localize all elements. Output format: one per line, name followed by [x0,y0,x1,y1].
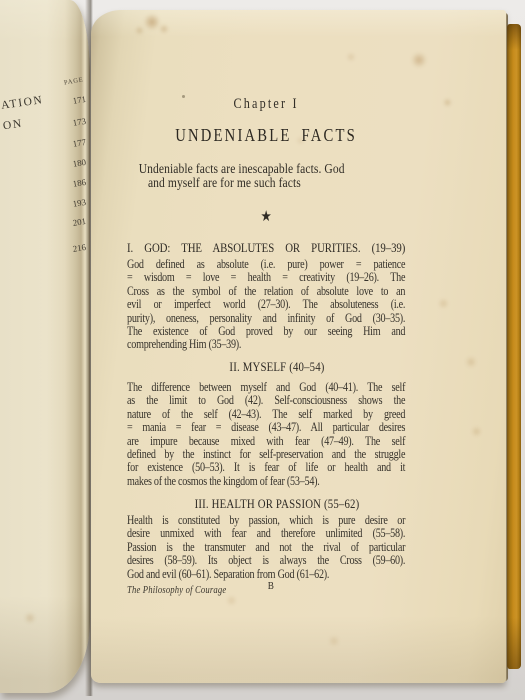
page-text-column: Chapter I UNDENIABLE FACTS Undeniable fa… [127,10,405,683]
section-body-line: Cross as the symbol of the relation of a… [127,285,405,298]
section-body-line: = wisdom = love = health = creativity (1… [127,271,405,284]
toc-page-number: 171 [57,94,86,108]
foxing-spot [471,426,482,437]
toc-page-number: 193 [57,197,86,211]
epigraph-line: and myself are for me such facts [139,176,399,190]
toc-entry-fragment: ATION [0,94,44,112]
book-photo: ATION ON PAGE 171 173 177 180 186 193 20… [0,0,525,700]
toc-page-number: 216 [57,242,86,256]
foxing-spot [411,52,427,68]
section-body-line: purity), oneness, personality and infini… [127,312,405,325]
section-body-line: nature of the self (42–43). The self mar… [127,408,405,421]
section-body-line: God defined as absolute (i.e. pure) powe… [127,258,405,271]
section-body-line: defined by the instinct for self-preserv… [127,448,405,461]
section-body-line: Health is constituted by passion, which … [127,514,405,527]
chapter-title: UNDENIABLE FACTS [127,125,405,146]
epigraph-line: Undeniable facts are inescapable facts. … [139,162,399,176]
section-heading: I. GOD: THE ABSOLUTES OR PURITIES. (19–3… [127,241,405,256]
section-body-line: desire unmixed with fear and therefore u… [127,527,405,540]
toc-entry-fragment: ON [2,118,23,133]
section-body-line: The difference between myself and God (4… [127,381,405,394]
section-body-line: Passion is the transmuter and not the ri… [127,541,405,554]
section-body-line: as the limit to God (42). Self-conscious… [127,394,405,407]
section-body-line: = mania = fear = disease (43–47). All pa… [127,421,405,434]
toc-page-number: 180 [57,157,86,171]
toc-page-number: 173 [57,116,86,130]
signature-mark: B [268,580,274,592]
chapter-label: Chapter I [127,96,405,113]
left-page: ATION ON PAGE 171 173 177 180 186 193 20… [0,0,90,693]
section-body-line: desires (58–59). Its object is always th… [127,554,405,567]
running-title: The Philosophy of Courage [127,585,226,596]
book-cover-edge [507,24,521,669]
page-column-header: PAGE [64,76,84,86]
section-body-line: evil or imperfect world (27–30). The abs… [127,298,405,311]
section-body: God defined as absolute (i.e. pure) powe… [127,258,405,352]
foxing-spot [465,356,477,368]
foxing-spot [438,298,449,309]
section-heading: III. HEALTH OR PASSION (55–62) [138,497,416,512]
toc-page-number: 177 [57,137,86,151]
page-footer: The Philosophy of Courage B [127,580,405,594]
foxing-spot [24,612,36,624]
section-body-line: God and evil (60–61). Separation from Go… [127,568,405,581]
foxing-spot [443,98,452,107]
section-body: The difference between myself and God (4… [127,381,405,488]
section-body-line: for existence (50–53). It is fear of lif… [127,461,405,474]
epigraph: Undeniable facts are inescapable facts. … [139,162,399,190]
toc-page-number: 186 [57,177,86,191]
toc-page-number: 201 [57,216,86,230]
section-body-line: are impure because mixed with fear (47–4… [127,435,405,448]
star-divider-icon: ★ [127,207,405,226]
right-page: Chapter I UNDENIABLE FACTS Undeniable fa… [91,10,506,683]
section-body-line: makes of the cosmos the kingdom of fear … [127,475,405,488]
section-body: Health is constituted by passion, which … [127,514,405,581]
section-body-line: comprehending Him (35–39). [127,338,405,351]
section-heading: II. MYSELF (40–54) [138,360,416,375]
section-body-line: The existence of God proved by our seein… [127,325,405,338]
